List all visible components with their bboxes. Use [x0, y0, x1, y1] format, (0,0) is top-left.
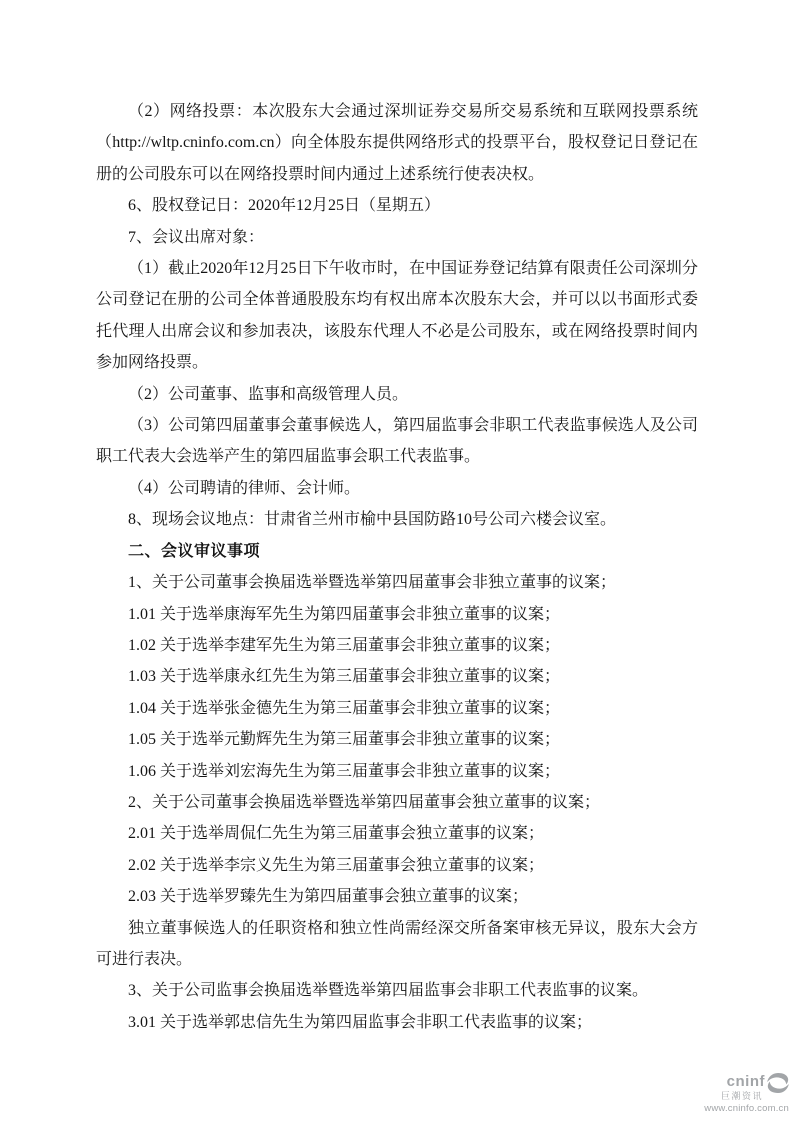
para-attendees-1: （1）截止2020年12月25日下午收市时，在中国证券登记结算有限责任公司深圳分…	[96, 253, 698, 379]
para-attendees-2: （2）公司董事、监事和高级管理人员。	[96, 379, 698, 410]
para-record-date: 6、股权登记日：2020年12月25日（星期五）	[96, 190, 698, 221]
item-2-03: 2.03 关于选举罗臻先生为第四届董事会独立董事的议案；	[96, 881, 698, 912]
para-attendees-3: （3）公司第四届董事会董事候选人，第四届监事会非职工代表监事候选人及公司职工代表…	[96, 410, 698, 473]
item-1-05: 1.05 关于选举元勤辉先生为第三届董事会非独立董事的议案；	[96, 724, 698, 755]
item-2-01: 2.01 关于选举周侃仁先生为第三届董事会独立董事的议案；	[96, 818, 698, 849]
section-heading-deliberation: 二、会议审议事项	[96, 536, 698, 567]
item-3: 3、关于公司监事会换届选举暨选举第四届监事会非职工代表监事的议案。	[96, 975, 698, 1006]
cninfo-url: www.cninfo.com.cn	[703, 1104, 789, 1114]
item-3-01: 3.01 关于选举郭忠信先生为第四届监事会非职工代表监事的议案；	[96, 1007, 698, 1038]
item-1: 1、关于公司董事会换届选举暨选举第四届董事会非独立董事的议案；	[96, 567, 698, 598]
item-1-01: 1.01 关于选举康海军先生为第四届董事会非独立董事的议案；	[96, 599, 698, 630]
cninfo-logo: cninf 巨潮资讯 www.cninfo.com.cn	[703, 1073, 789, 1114]
cninfo-swirl-icon	[767, 1073, 789, 1093]
item-1-04: 1.04 关于选举张金德先生为第三届董事会非独立董事的议案；	[96, 693, 698, 724]
para-attendees-heading: 7、会议出席对象：	[96, 222, 698, 253]
document-page: （2）网络投票：本次股东大会通过深圳证券交易所交易系统和互联网投票系统（http…	[0, 0, 793, 1122]
para-independence-note: 独立董事候选人的任职资格和独立性尚需经深交所备案审核无异议，股东大会方可进行表决…	[96, 913, 698, 976]
document-body: （2）网络投票：本次股东大会通过深圳证券交易所交易系统和互联网投票系统（http…	[96, 96, 698, 1038]
cninfo-brand-row: cninf	[703, 1073, 789, 1093]
item-1-02: 1.02 关于选举李建军先生为第三届董事会非独立董事的议案；	[96, 630, 698, 661]
para-network-voting: （2）网络投票：本次股东大会通过深圳证券交易所交易系统和互联网投票系统（http…	[96, 96, 698, 190]
cninfo-brand-text: cninf	[727, 1074, 765, 1091]
item-1-03: 1.03 关于选举康永红先生为第三届董事会非独立董事的议案；	[96, 661, 698, 692]
cninfo-brand-chinese: 巨潮资讯	[703, 1092, 789, 1102]
para-venue: 8、现场会议地点：甘肃省兰州市榆中县国防路10号公司六楼会议室。	[96, 504, 698, 535]
para-attendees-4: （4）公司聘请的律师、会计师。	[96, 473, 698, 504]
item-1-06: 1.06 关于选举刘宏海先生为第三届董事会非独立董事的议案；	[96, 756, 698, 787]
item-2-02: 2.02 关于选举李宗义先生为第三届董事会独立董事的议案；	[96, 850, 698, 881]
item-2: 2、关于公司董事会换届选举暨选举第四届董事会独立董事的议案；	[96, 787, 698, 818]
